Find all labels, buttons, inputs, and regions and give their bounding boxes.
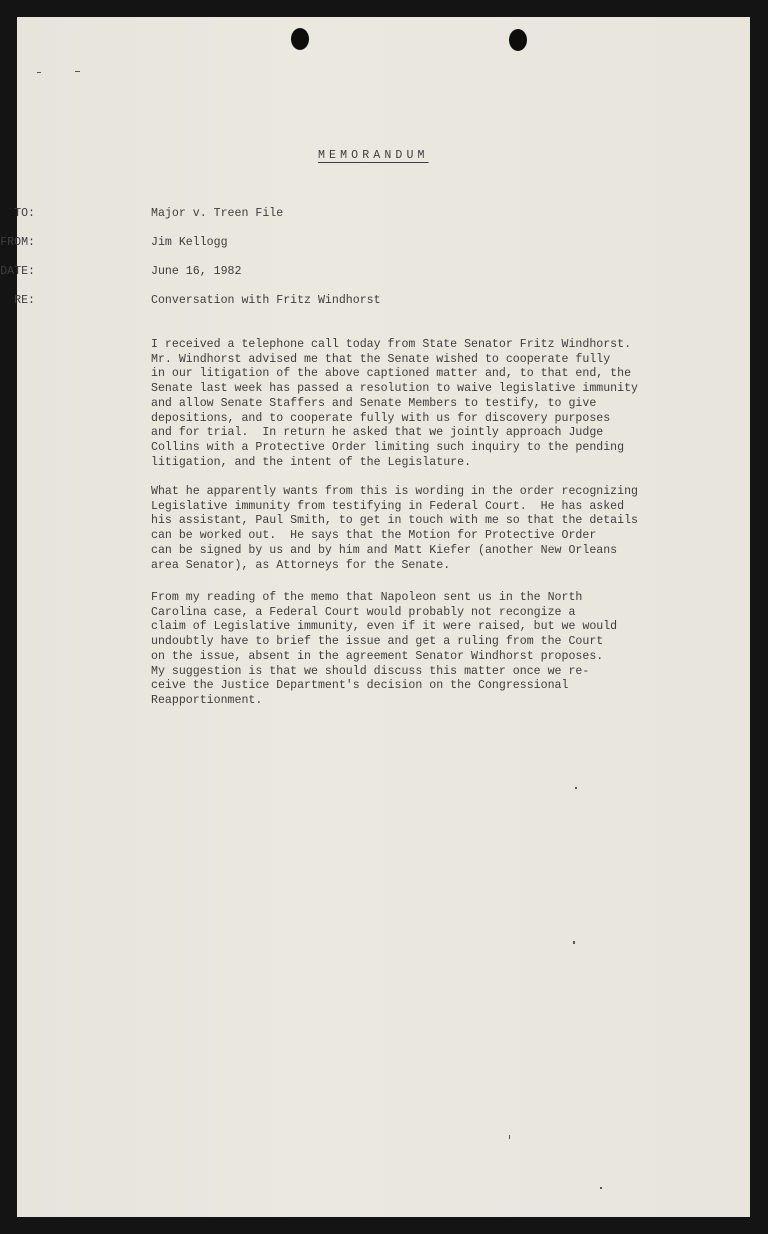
paper-speck [600,1187,602,1189]
punch-hole-left [291,28,309,50]
header-value: Major v. Treen File [151,207,283,220]
header-date: DATE: June 16, 1982 [17,265,617,281]
paragraph-2: What he apparently wants from this is wo… [151,485,711,573]
header-to: TO: Major v. Treen File [17,207,617,223]
header-from: FROM: Jim Kellogg [17,236,617,252]
header-value: Conversation with Fritz Windhorst [151,294,381,307]
memo-page: MEMORANDUM TO: Major v. Treen File FROM:… [17,17,750,1217]
paper-speck [37,72,41,73]
paragraph-1: I received a telephone call today from S… [151,338,711,470]
header-re: RE: Conversation with Fritz Windhorst [17,294,617,310]
header-label: RE: [14,294,35,307]
paper-speck [575,787,577,789]
memo-title: MEMORANDUM [318,149,429,162]
paper-speck [75,71,80,72]
paper-speck [573,941,575,944]
header-label: DATE: [0,265,35,278]
paper-speck [509,1135,510,1139]
header-value: Jim Kellogg [151,236,228,249]
punch-hole-right [509,29,527,51]
header-label: TO: [14,207,35,220]
paragraph-3: From my reading of the memo that Napoleo… [151,591,711,709]
header-value: June 16, 1982 [151,265,241,278]
header-label: FROM: [0,236,35,249]
